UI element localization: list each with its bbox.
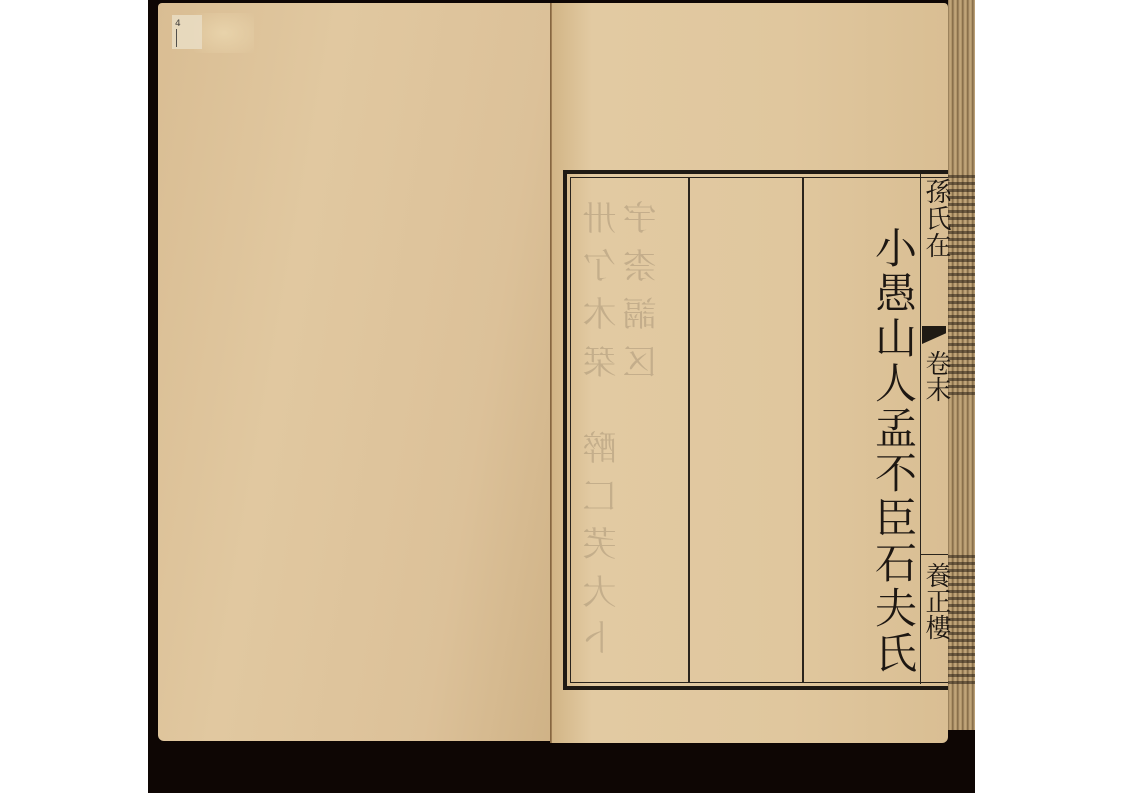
margin-studio-name: 養正樓	[922, 562, 950, 640]
author-line: 小愚山人孟不臣石夫氏	[863, 226, 923, 676]
ink-smudge	[948, 175, 975, 395]
margin-book-title: 孫氏在	[922, 178, 950, 259]
corner-label: 4	[172, 15, 202, 49]
fishtail-mark-icon	[922, 326, 946, 344]
bleed-through-text: 宇柰䛿区	[618, 200, 667, 392]
book-scan: 4 卅亇木栞 宇柰䛿区 醉匚芺大 卜 小愚山人孟不臣石夫氏 孫氏在 卷末 養正樓	[148, 0, 975, 793]
bleed-through-text: 醉匚芺大	[578, 430, 627, 622]
arrow-icon	[176, 29, 177, 47]
paper-stain	[194, 13, 254, 53]
center-margin: 孫氏在 卷末 養正樓	[920, 174, 950, 684]
left-page: 4	[158, 3, 554, 741]
page-edges	[948, 0, 975, 730]
margin-divider	[920, 554, 948, 555]
column-divider	[802, 178, 804, 682]
margin-juan-label: 卷末	[922, 350, 950, 402]
bleed-through-text: 卜	[578, 620, 627, 668]
column-divider	[688, 178, 690, 682]
corner-mark: 4	[175, 19, 181, 29]
ink-smudge	[948, 555, 975, 685]
